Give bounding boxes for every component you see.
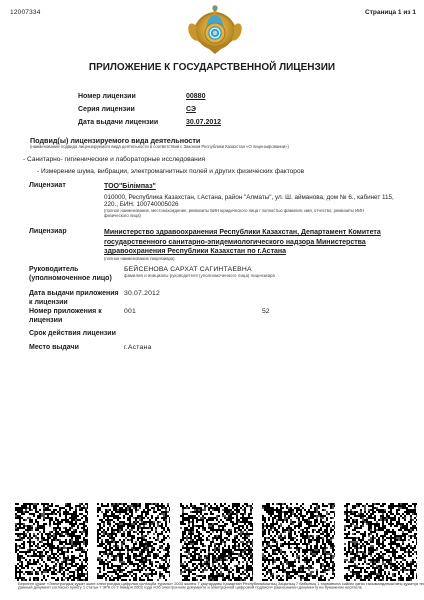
licensee-note: (полное наименование, местонахождение, р… <box>104 209 368 219</box>
detail-value-appendix-number-2: 52 <box>262 308 270 315</box>
licensee-block: ТОО"Білімпаз" 010000, Республика Казахст… <box>104 182 412 225</box>
subtype-item: - Измерение шума, вибрации, электромагни… <box>37 168 304 175</box>
field-label: Серия лицензии <box>78 106 186 113</box>
detail-value-head: БЕЙСЕНОВА САРХАТ САГИНТАЕВНА фамилия и и… <box>124 266 424 282</box>
license-appendix-page: 12007334 Страница 1 из 1 <box>0 0 424 600</box>
qr-code <box>344 503 417 581</box>
page-title: ПРИЛОЖЕНИЕ К ГОСУДАРСТВЕННОЙ ЛИЦЕНЗИИ <box>0 62 424 74</box>
field-value: СЭ <box>186 106 196 113</box>
detail-value-appendix-number: 001 <box>124 308 136 315</box>
detail-label-head: Руководитель (уполномоченное лицо) <box>29 266 123 283</box>
licensee-label: Лицензиат <box>29 182 66 189</box>
licensor-note: (полное наименование лицензиара) <box>104 257 368 262</box>
field-value: 00880 <box>186 93 205 100</box>
subtype-note: (наименование подвида лицензируемого вид… <box>30 145 289 149</box>
field-row: Номер лицензии 00880 <box>78 93 398 106</box>
header-doc-number: 12007334 <box>10 9 41 16</box>
subtype-item: - Санитарно- гигиенические и лабораторны… <box>23 156 205 163</box>
qr-code <box>262 503 335 581</box>
field-label: Номер лицензии <box>78 93 186 100</box>
head-note: фамилия и инициалы руководителя (уполном… <box>124 274 388 279</box>
subtype-heading: Подвид(ы) лицензируемого вида деятельнос… <box>30 136 200 145</box>
qr-code <box>15 503 88 581</box>
licensee-name: ТОО"Білімпаз" <box>104 182 412 192</box>
detail-label-appendix-number: Номер приложения к лицензии <box>29 308 123 325</box>
field-label: Дата выдачи лицензии <box>78 119 186 126</box>
page-counter: Страница 1 из 1 <box>365 9 416 16</box>
detail-value-issue-date: 30.07.2012 <box>124 290 160 297</box>
licensee-address: 010000, Республика Казахстан, г.Астана, … <box>104 194 404 210</box>
qr-row <box>15 503 417 581</box>
qr-code <box>97 503 170 581</box>
licensor-name: Министерство здравоохранения Республики … <box>104 228 412 257</box>
qr-code <box>180 503 253 581</box>
field-row: Дата выдачи лицензии 30.07.2012 <box>78 119 398 132</box>
licensor-block: Министерство здравоохранения Республики … <box>104 228 412 265</box>
license-fields: Номер лицензии 00880 Серия лицензии СЭ Д… <box>78 93 398 132</box>
detail-value-place: г.Астана <box>124 344 151 351</box>
detail-label-validity: Срок действия лицензии <box>29 330 123 339</box>
detail-label-place: Место выдачи <box>29 344 123 353</box>
kazakhstan-coat-of-arms-icon <box>188 4 242 54</box>
detail-label-issue-date: Дата выдачи приложения к лицензии <box>29 290 123 307</box>
licensor-label: Лицензиар <box>29 228 67 235</box>
field-row: Серия лицензии СЭ <box>78 106 398 119</box>
field-value: 30.07.2012 <box>186 119 221 126</box>
disclaimer-ru: Данный документ согласно пункту 1 статьи… <box>18 586 413 590</box>
footer-disclaimer: Берілген құжат «Электрондық құжат және э… <box>18 582 413 589</box>
